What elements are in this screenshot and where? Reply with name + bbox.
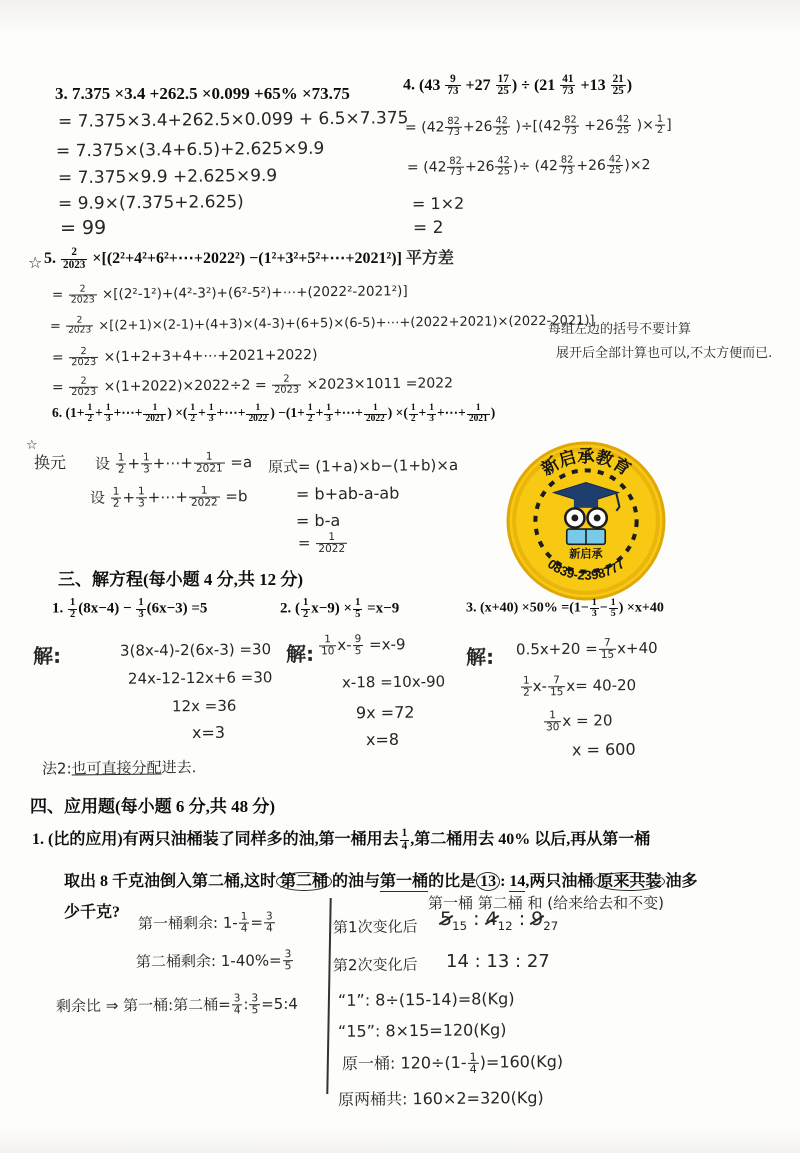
problem-3-expression: 7.375 ×3.4 +262.5 ×0.099 +65% ×73.75 [72, 84, 350, 103]
work-step: 原两桶共: 160×2=320(Kg) [338, 1085, 544, 1110]
ratio-new-sum: 27 [543, 919, 558, 933]
solution-3-step: x = 600 [572, 740, 636, 760]
problem-4-expression: (43 973 +27 1725) ÷ (21 4173 +13 2125) [419, 77, 632, 94]
line2-text: 的油与 [332, 873, 380, 890]
problem-6-step: = 12022 [298, 532, 348, 555]
problem-3-step: = 9.9×(7.375+2.625) [58, 192, 244, 214]
ratio-old-sum: 9 [531, 908, 543, 930]
problem-6-substitution: 设 12+13+⋯+12021 =a [95, 451, 252, 475]
problem-5-number: 5. [44, 250, 56, 267]
ratio-new-second: 12 [498, 919, 513, 933]
line2-text: : [500, 873, 509, 890]
problem-3-step: = 7.375×3.4+262.5×0.099 + 6.5×7.375 [58, 108, 409, 132]
line2-text: 的比是 [428, 873, 476, 890]
equation-2: 2. (12x−9) ×15 =x−9 [280, 598, 399, 620]
problem-4-step: = 2 [413, 218, 444, 238]
problem-4-step: = 1×2 [412, 194, 464, 214]
problem-4-step: = (428273+264225 )÷[(428273 +264225 )×12… [405, 115, 672, 139]
worksheet-page: 3. 7.375 ×3.4 +262.5 ×0.099 +65% ×73.75 … [0, 0, 800, 1153]
page-bottom-shade [0, 1126, 800, 1153]
problem-4-step: = (428273+264225)÷ (428273+264225)×2 [407, 155, 651, 179]
problem-4-number: 4. [403, 77, 415, 94]
problem-6-step: = b+ab-a-ab [296, 483, 400, 503]
problem-5-method-tag: 平方差 [406, 248, 454, 267]
solution-3-jie-label: 解: [466, 641, 494, 670]
solution-1-step: x=3 [192, 723, 225, 742]
solution-2-step: 9x =72 [356, 703, 415, 723]
line2-underlined-first-bucket: 第一桶 [380, 873, 428, 892]
alt-note-suffix: 进去. [162, 758, 197, 776]
section-3-title: 三、解方程(每小题 4 分,共 12 分) [58, 565, 303, 590]
solution-1-step: 24x-12-12x+6 =30 [128, 668, 273, 688]
problem-5-expression: 22023 ×[(2²+4²+6²+⋯+2022²) −(1²+3²+5²+⋯+… [60, 250, 402, 267]
equation-3: 3. (x+40) ×50% =(1−13−15) ×x+40 [466, 598, 664, 619]
solution-3-step: 12x-715x= 40-20 [520, 674, 636, 698]
work-step: “1”: 8÷(15-14)=8(Kg) [338, 989, 515, 1010]
line2-circled-original-total: 原来共装 [593, 872, 665, 891]
applied-problem-line2: 取出 8 千克油倒入第二桶,这时第二桶的油与第一桶的比是13: 14,两只油桶原… [64, 868, 697, 891]
work-left-line: 第二桶剩余: 1-40%=35 [136, 949, 295, 973]
solution-2-step: 110x-95 =x-9 [318, 634, 406, 657]
alt-note-prefix: 法2: [42, 759, 72, 777]
problem-3-step: = 7.375×(3.4+6.5)+2.625×9.9 [56, 139, 325, 162]
work-step: 原一桶: 120÷(1-14)=160(Kg) [342, 1049, 563, 1077]
line2-circled-second-bucket: 第二桶 [276, 872, 332, 891]
problem-6-step: 原式= (1+a)×b−(1+b)×a [268, 454, 458, 477]
line2-underlined-14: 14 [509, 873, 525, 892]
owl-right-pupil [594, 515, 601, 522]
problem-6-number: 6. [52, 405, 62, 420]
section-4-title: 四、应用题(每小题 6 分,共 48 分) [30, 792, 275, 817]
ratio-new-first: 15 [452, 919, 467, 933]
alt-note-underlined: 也可直接分配 [72, 759, 162, 778]
problem-6-method-note: 换元 [34, 450, 66, 473]
work-column-divider [326, 898, 331, 1094]
problem-5-annotation: 每组左边的括号不要计算 [548, 318, 691, 337]
equation-1: 1. 12(8x−4) − 13(6x−3) =5 [52, 598, 207, 620]
page-top-shade [0, 0, 800, 34]
problem-3-step: = 7.375×9.9 +2.625×9.9 [58, 166, 277, 188]
problem-3-number: 3. [55, 84, 68, 103]
work-left-conclusion: 剩余比 ⇒ 第一桶:第二桶=34:35=5:4 [56, 993, 298, 1018]
problem-5-step: = 22023 ×(1+2022)×2022÷2 = 22023 ×2023×1… [52, 373, 453, 398]
school-stamp: 新启承教育 新启承 0839-2398777 [505, 440, 667, 602]
problem-3-statement: 3. 7.375 ×3.4 +262.5 ×0.099 +65% ×73.75 [55, 84, 350, 104]
problem-5-step: = 22023 ×[(2+1)×(2-1)+(4+3)×(4-3)+(6+5)×… [50, 311, 595, 336]
problem-4-statement: 4. (43 973 +27 1725) ÷ (21 4173 +13 2125… [403, 74, 632, 98]
work-row2-label: 第2次变化后 [333, 954, 418, 976]
line2-text: ,两只油桶 [525, 873, 593, 890]
solution-2-jie-label: 解: [286, 638, 314, 667]
problem-5-star-mark: ☆ [28, 253, 42, 272]
applied-problem-line1: 1. (比的应用)有两只油桶装了同样多的油,第一桶用去14,第二桶用去 40% … [32, 826, 650, 852]
line2-text: 油多 [665, 873, 697, 890]
solution-1-jie-label: 解: [33, 640, 61, 669]
solution-1-step: 12x =36 [172, 697, 237, 716]
problem-5-statement: 5. 22023 ×[(2²+4²+6²+⋯+2022²) −(1²+3²+5²… [44, 245, 454, 271]
owl-left-pupil [571, 515, 578, 522]
solution-3-step: 130x = 20 [543, 710, 613, 733]
work-row1-label: 第1次变化后 [333, 916, 418, 938]
problem-6-substitution: 设 12+13+⋯+12022 =b [90, 485, 248, 509]
problem-5-step: = 22023 ×(1+2+3+4+⋯+2021+2022) [52, 345, 318, 369]
solution-2-step: x-18 =10x-90 [342, 672, 445, 691]
ratio-old-first: 5 [440, 908, 452, 930]
problem-5-step: = 22023 ×[(2²-1²)+(4²-3²)+(6²-5²)+⋯+(202… [52, 281, 408, 305]
solution-3-step: 0.5x+20 =715x+40 [516, 637, 658, 661]
problem-5-annotation: 展开后全部计算也可以,不太方便而已. [556, 342, 772, 361]
applied-problem-line3: 少千克? [64, 899, 120, 922]
problem-6-step: = b-a [296, 511, 340, 530]
work-left-line: 第一桶剩余: 1-14=34 [138, 911, 276, 935]
work-step: “15”: 8×15=120(Kg) [338, 1020, 507, 1041]
solution-2-step: x=8 [366, 730, 399, 749]
work-row2-ratio: 14 : 13 : 27 [446, 951, 550, 972]
work-row1-ratio: 515 : 412 : 927 [440, 908, 558, 933]
ratio-old-second: 4 [486, 908, 498, 930]
line2-text: 取出 8 千克油倒入第二桶,这时 [64, 873, 276, 890]
solution-1-alt-note: 法2:也可直接分配进去. [42, 756, 197, 779]
problem-3-step: = 99 [60, 217, 106, 239]
stamp-name-text: 新启承 [569, 546, 603, 560]
ratio-separator: : [473, 908, 479, 930]
solution-1-step: 3(8x-4)-2(6x-3) =30 [120, 640, 271, 660]
cap-base [574, 499, 598, 508]
ratio-separator: : [519, 908, 525, 930]
line2-circled-13: 13 [476, 872, 500, 891]
problem-6-statement: 6. (1+12+13+⋯+12021) ×(12+13+⋯+12022) −(… [52, 404, 495, 424]
problem-6-expression: (1+12+13+⋯+12021) ×(12+13+⋯+12022) −(1+1… [66, 405, 496, 420]
